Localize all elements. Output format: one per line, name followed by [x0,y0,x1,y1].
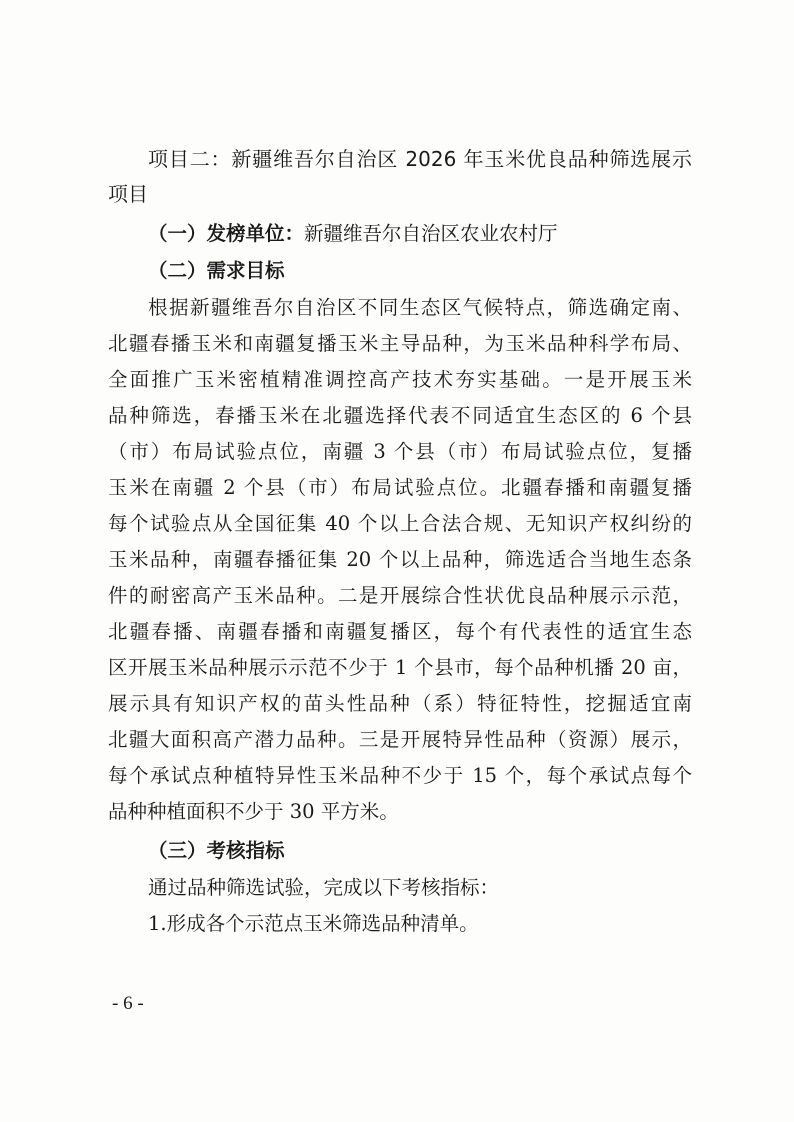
section-1: （一）发榜单位：新疆维吾尔自治区农业农村厅 [148,217,692,251]
project-title-line-1: 项目二：新疆维吾尔自治区 2026 年玉米优良品种筛选展示 [148,142,692,176]
section-2-heading: （二）需求目标 [148,254,692,288]
paragraph-line: 品种种植面积不少于 30 平方米。 [108,795,692,829]
paragraph-line: 北疆大面积高产潜力品种。三是开展特异性品种（资源）展示， [108,723,692,757]
paragraph-line: 件的耐密高产玉米品种。二是开展综合性状优良品种展示示范， [108,579,692,613]
paragraph-line: 品种筛选，春播玉米在北疆选择代表不同适宜生态区的 6 个县 [108,399,692,433]
paragraph-line: 区开展玉米品种展示示范不少于 1 个县市，每个品种机播 20 亩， [108,651,692,685]
paragraph-line: 通过品种筛选试验，完成以下考核指标： [148,871,692,905]
paragraph-line: 全面推广玉米密植精准调控高产技术夯实基础。一是开展玉米 [108,363,692,397]
section-3-heading: （三）考核指标 [148,834,692,868]
paragraph-line: （市）布局试验点位，南疆 3 个县（市）布局试验点位，复播 [108,435,692,469]
paragraph-line: 每个承试点种植特异性玉米品种不少于 15 个，每个承试点每个 [108,759,692,793]
section-1-value: 新疆维吾尔自治区农业农村厅 [304,222,558,245]
paragraph-line: 玉米品种，南疆春播征集 20 个以上品种，筛选适合当地生态条 [108,543,692,577]
paragraph-line: 根据新疆维吾尔自治区不同生态区气候特点，筛选确定南、 [148,291,692,325]
paragraph-line: 展示具有知识产权的苗头性品种（系）特征特性，挖掘适宜南 [108,687,692,721]
paragraph-line: 北疆春播玉米和南疆复播玉米主导品种，为玉米品种科学布局、 [108,327,692,361]
paragraph-line: 北疆春播、南疆春播和南疆复播区，每个有代表性的适宜生态 [108,615,692,649]
paragraph-line: 1.形成各个示范点玉米筛选品种清单。 [148,907,692,941]
document-page: 项目二：新疆维吾尔自治区 2026 年玉米优良品种筛选展示 项目 （一）发榜单位… [0,0,794,1122]
project-title-line-2: 项目 [108,177,692,211]
paragraph-line: 每个试验点从全国征集 40 个以上合法合规、无知识产权纠纷的 [108,507,692,541]
page-number: - 6 - [112,993,144,1015]
paragraph-line: 玉米在南疆 2 个县（市）布局试验点位。北疆春播和南疆复播 [108,471,692,505]
section-1-heading: （一）发榜单位： [148,222,304,245]
